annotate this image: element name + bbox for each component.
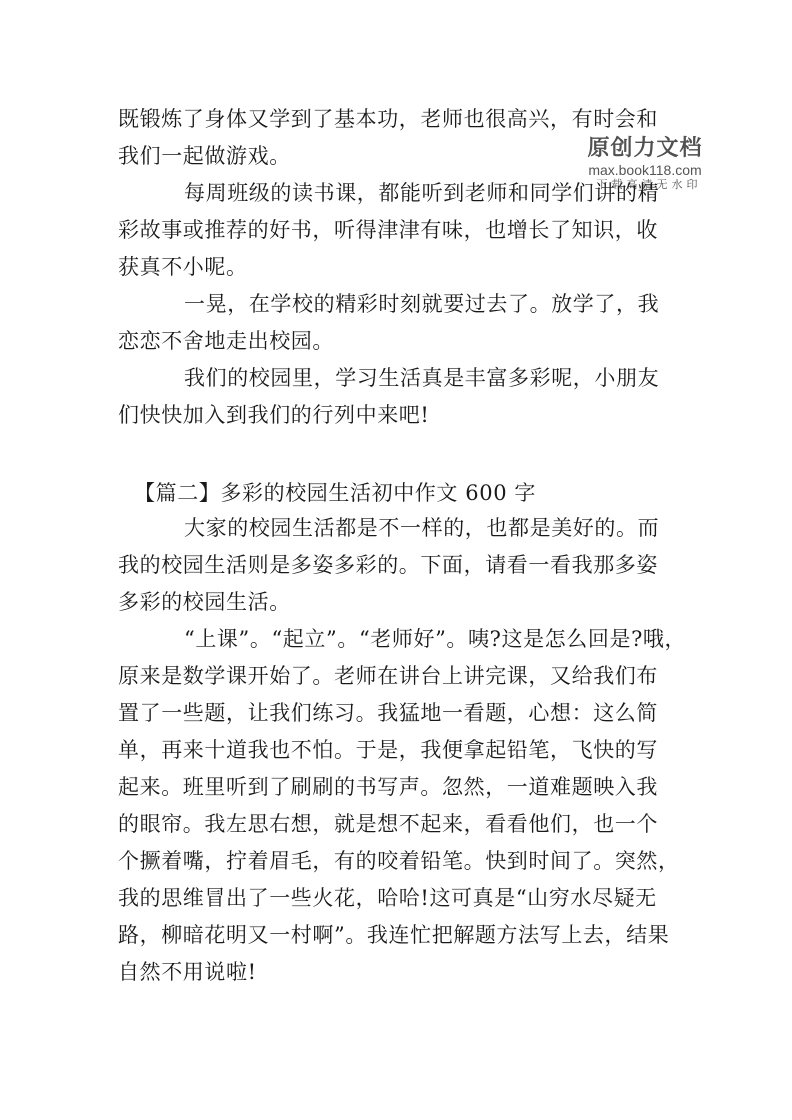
paragraph-line: 个撅着嘴，拧着眉毛，有的咬着铅笔。快到时间了。突然， [118, 848, 680, 874]
section-heading: 【篇二】多彩的校园生活初中作文 600 字 [134, 480, 536, 506]
paragraph-line: 原来是数学课开始了。老师在讲台上讲完课，又给我们布 [118, 663, 658, 689]
paragraph-line: 路，柳暗花明又一村啊”。我连忙把解题方法写上去，结果 [118, 922, 669, 948]
paragraph-line: 起来。班里听到了刷刷的书写声。忽然，一道难题映入我 [118, 774, 658, 800]
paragraph-line: 多彩的校园生活。 [118, 589, 291, 615]
paragraph-line: 置了一些题，让我们练习。我猛地一看题，心想：这么简 [118, 700, 658, 726]
paragraph-line: 大家的校园生活都是不一样的，也都是美好的。而 [184, 515, 659, 541]
paragraph-line: 既锻炼了身体又学到了基本功，老师也很高兴，有时会和 [118, 106, 658, 132]
paragraph-line: 们快快加入到我们的行列中来吧! [118, 402, 429, 428]
paragraph-line: 我的校园生活则是多姿多彩的。下面，请看一看我那多姿 [118, 552, 658, 578]
document-page: 原创力文档 max.book118.com 下载高清无水印 既锻炼了身体又学到了… [0, 0, 792, 1120]
paragraph-line: “上课”。“起立”。“老师好”。咦?这是怎么回是?哦， [184, 626, 686, 652]
paragraph-line: 恋恋不舍地走出校园。 [118, 328, 334, 354]
paragraph-line: 我的思维冒出了一些火花，哈哈!这可真是“山穷水尽疑无 [118, 885, 657, 911]
watermark-url: max.book118.com [580, 162, 710, 178]
paragraph-line: 我们一起做游戏。 [118, 143, 291, 169]
paragraph-line: 的眼帘。我左思右想，就是想不起来，看看他们，也一个 [118, 811, 658, 837]
paragraph-line: 单，再来十道我也不怕。于是，我便拿起铅笔，飞快的写 [118, 737, 658, 763]
paragraph-line: 一晃，在学校的精彩时刻就要过去了。放学了，我 [184, 291, 659, 317]
paragraph-line: 自然不用说啦! [118, 959, 257, 985]
paragraph-line: 彩故事或推荐的好书，听得津津有味，也增长了知识，收 [118, 217, 658, 243]
paragraph-line: 获真不小呢。 [118, 254, 248, 280]
paragraph-line: 每周班级的读书课，都能听到老师和同学们讲的精 [184, 180, 659, 206]
watermark-title: 原创力文档 [580, 136, 710, 162]
paragraph-line: 我们的校园里，学习生活真是丰富多彩呢，小朋友 [184, 365, 659, 391]
